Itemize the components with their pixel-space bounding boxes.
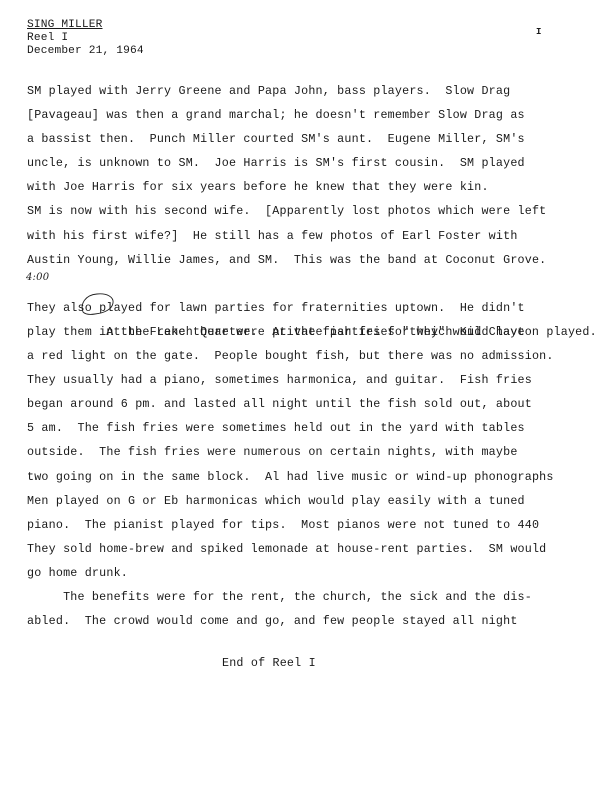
annotation-text: 4:00 — [26, 272, 49, 284]
body-line: They also played for lawn parties for fr… — [27, 296, 597, 320]
body-line: a bassist then. Punch Miller courted SM'… — [27, 127, 597, 151]
body-line: two going on in the same block. Al had l… — [27, 465, 597, 489]
body-line: [Pavageau] was then a grand marchal; he … — [27, 103, 597, 127]
body-line: began around 6 pm. and lasted all night … — [27, 392, 597, 416]
end-of-reel-note: End of Reel I — [222, 656, 316, 670]
body-line: abled. The crowd would come and go, and … — [27, 609, 597, 633]
interview-date: December 21, 1964 — [27, 45, 144, 58]
handwritten-time-annotation: 4:00 — [21, 268, 59, 294]
body-line: They usually had a piano, sometimes harm… — [27, 368, 597, 392]
body-line: a red light on the gate. People bought f… — [27, 344, 597, 368]
body-line: uncle, is unknown to SM. Joe Harris is S… — [27, 151, 597, 175]
interviewee-name: SING MILLER — [27, 19, 144, 32]
body-line-annotated: 4:00 At the Lake there were private part… — [27, 272, 597, 296]
transcript-page: SING MILLER Reel I December 21, 1964 I S… — [0, 0, 612, 792]
body-line: with his first wife?] He still has a few… — [27, 224, 597, 248]
body-line: go home drunk. — [27, 561, 597, 585]
document-header: SING MILLER Reel I December 21, 1964 — [27, 19, 144, 58]
body-line: SM played with Jerry Greene and Papa Joh… — [27, 79, 597, 103]
body-line: piano. The pianist played for tips. Most… — [27, 513, 597, 537]
body-line: play them in the French Quarter. At the … — [27, 320, 597, 344]
body-line: Austin Young, Willie James, and SM. This… — [27, 248, 597, 272]
body-line: outside. The fish fries were numerous on… — [27, 440, 597, 464]
body-line: 5 am. The fish fries were sometimes held… — [27, 416, 597, 440]
body-line: Men played on G or Eb harmonicas which w… — [27, 489, 597, 513]
body-line: The benefits were for the rent, the chur… — [27, 585, 597, 609]
transcript-body: SM played with Jerry Greene and Papa Joh… — [27, 79, 597, 633]
body-line: They sold home-brew and spiked lemonade … — [27, 537, 597, 561]
page-mark: I — [536, 27, 541, 37]
reel-label: Reel I — [27, 32, 144, 45]
body-line: SM is now with his second wife. [Apparen… — [27, 199, 597, 223]
body-line: with Joe Harris for six years before he … — [27, 175, 597, 199]
